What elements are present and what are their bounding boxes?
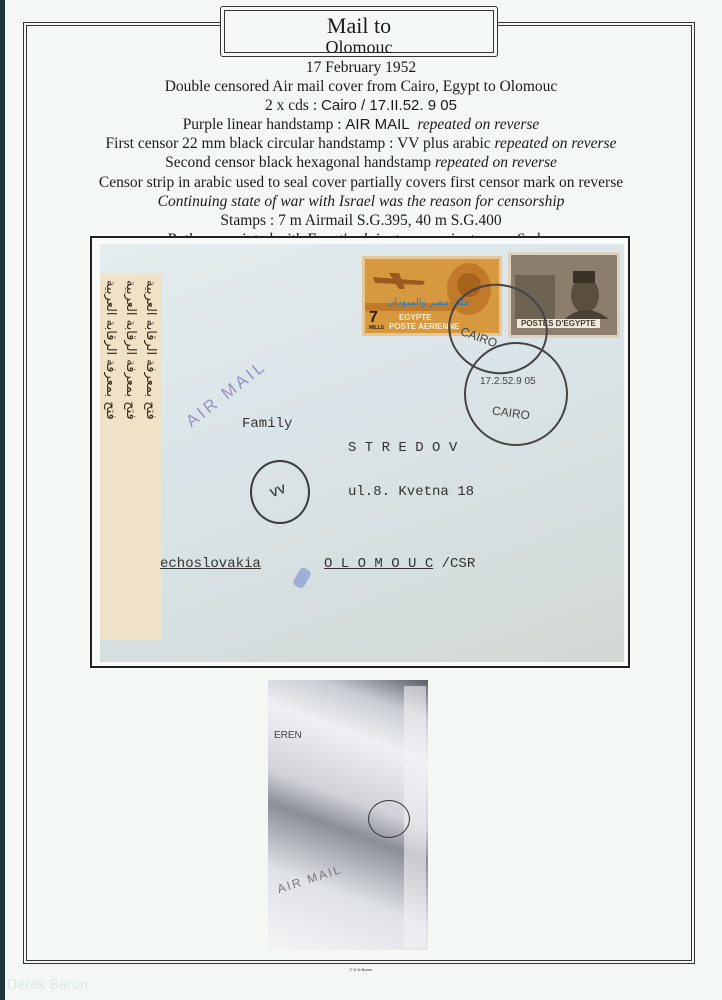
- cds-value: Cairo / 17.II.52. 9 05: [321, 97, 457, 114]
- handstamp-note: repeated on reverse: [417, 116, 539, 133]
- censor-strip-text: فتح بمعرفة الرقابة العربية: [144, 280, 158, 636]
- address-city-line: O L O M O U C /CSR: [324, 556, 475, 572]
- title-box-inner: Mail to Olomouc: [224, 10, 494, 53]
- address-country: echoslovakia: [160, 556, 261, 572]
- left-edge-strip: [0, 0, 5, 1000]
- date-line: 17 February 1952: [30, 58, 692, 77]
- reverse-censor-mark: [368, 800, 410, 838]
- address-line-1: Family: [242, 416, 292, 432]
- ink-smudge: [292, 566, 312, 589]
- copyright-text: © D.N.Baron: [0, 967, 722, 972]
- page-subtitle: Olomouc: [225, 37, 493, 57]
- title-box: Mail to Olomouc: [220, 6, 498, 57]
- cover-frame: فتح بمعرفة الرقابة العربية فتح بمعرفة ال…: [90, 236, 630, 668]
- censor2-text: Second censor black hexagonal handstamp: [165, 154, 435, 171]
- strip-line: Censor strip in arabic used to seal cove…: [30, 173, 692, 192]
- censor1-text: First censor 22 mm black circular handst…: [106, 135, 495, 152]
- handstamp-line: Purple linear handstamp : AIR MAIL repea…: [30, 115, 692, 134]
- summary-line: Double censored Air mail cover from Cair…: [30, 77, 692, 96]
- address-city-suffix: /CSR: [433, 556, 475, 572]
- censor-strip-text: فتح بمعرفة الرقابة العربية: [104, 280, 118, 636]
- handstamp-label: Purple linear handstamp :: [183, 116, 346, 133]
- cds2-city: CAIRO: [491, 403, 531, 422]
- cairo-cds-2: 17.2.52.9 05 CAIRO: [464, 342, 568, 446]
- war-note-line: Continuing state of war with Israel was …: [30, 192, 692, 211]
- reverse-photocopy: EREN AIR MAIL: [268, 680, 428, 950]
- reverse-airmail-mark: AIR MAIL: [275, 862, 343, 896]
- stamp1-denomination: MILLS: [369, 325, 384, 331]
- watermark-text: Derek Baron: [7, 978, 88, 993]
- censor-strip-text: فتح بمعرفة الرقابة العربية: [124, 280, 138, 636]
- description-block: 17 February 1952 Double censored Air mai…: [30, 58, 692, 249]
- censor-circular-handstamp: VV: [250, 460, 310, 524]
- reverse-fragment-text: EREN: [274, 730, 302, 741]
- censor2-note: repeated on reverse: [435, 154, 557, 171]
- page-title: Mail to: [225, 15, 493, 37]
- censor1-line: First censor 22 mm black circular handst…: [30, 134, 692, 153]
- stamps-line: Stamps : 7 m Airmail S.G.395, 40 m S.G.4…: [30, 211, 692, 230]
- cds-line: 2 x cds : Cairo / 17.II.52. 9 05: [30, 96, 692, 115]
- address-city: O L O M O U C: [324, 556, 433, 572]
- censor-mark: VV: [268, 482, 288, 501]
- address-line-3: ul.8. Kvetna 18: [348, 484, 474, 500]
- censor-strip: فتح بمعرفة الرقابة العربية فتح بمعرفة ال…: [100, 274, 162, 640]
- address-line-2: S T R E D O V: [348, 440, 457, 456]
- stamp1-country: EGYPTE: [399, 313, 431, 322]
- cds-label: 2 x cds :: [265, 97, 321, 114]
- censor2-line: Second censor black hexagonal handstamp …: [30, 153, 692, 172]
- handstamp-value: AIR MAIL: [345, 116, 409, 133]
- envelope-image: فتح بمعرفة الرقابة العربية فتح بمعرفة ال…: [100, 244, 624, 662]
- cds2-date: 17.2.52.9 05: [480, 376, 536, 387]
- censor1-note: repeated on reverse: [495, 135, 617, 152]
